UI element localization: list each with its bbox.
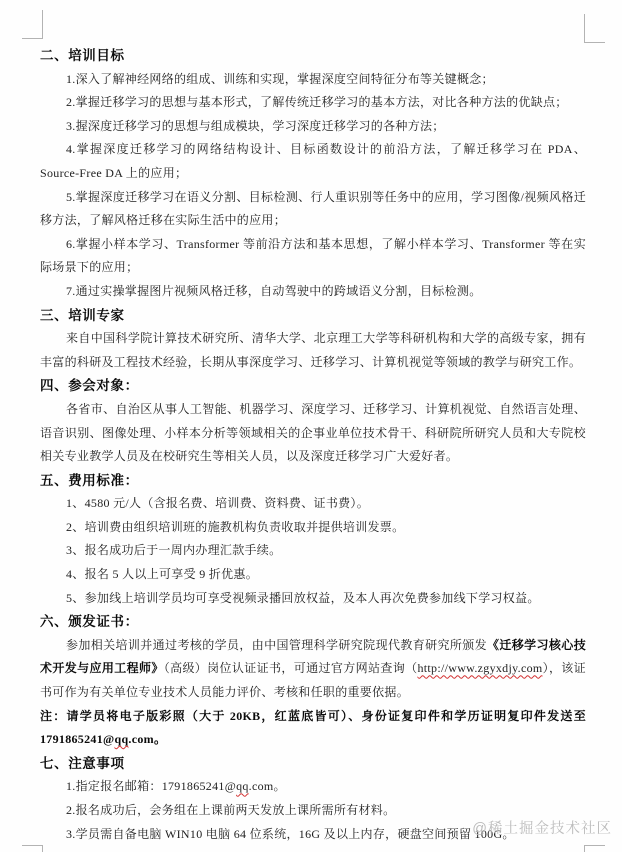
paragraph: 1.指定报名邮箱：1791865241@qq.com。 [40,775,586,799]
crop-mark-top-left [22,10,43,39]
section-attendees: 四、参会对象：各省市、自治区从事人工智能、机器学习、深度学习、迁移学习、计算机视… [40,374,586,468]
paragraph: 2、培训费由组织培训班的施教机构负责收取并提供培训发票。 [40,516,586,540]
crop-mark-bottom-right [584,845,605,852]
paragraph: 参加相关培训并通过考核的学员，由中国管理科学研究院现代教育研究所颁发《迁移学习核… [40,634,586,705]
paragraph: 1.深入了解神经网络的组成、训练和实现，掌握深度空间特征分布等关键概念； [40,68,586,92]
crop-mark-top-right [584,14,605,43]
section-training-experts: 三、培训专家来自中国科学院计算技术研究所、清华大学、北京理工大学等科研机构和大学… [40,304,586,375]
paragraph: 2.掌握迁移学习的思想与基本形式，了解传统迁移学习的基本方法，对比各种方法的优缺… [40,91,586,115]
text-segment: （高级）岗位认证证书，可通过官方网站查询（ [164,661,418,675]
section-fees: 五、费用标准：1、4580 元/人（含报名费、培训费、资料费、证书费）。2、培训… [40,469,586,611]
text-segment: 各省市、自治区从事人工智能、机器学习、深度学习、迁移学习、计算机视觉、自然语言处… [40,402,586,463]
heading-fees: 五、费用标准： [40,469,586,493]
text-segment: 参加相关培训并通过考核的学员，由中国管理科学研究院现代教育研究所颁发 [66,638,487,652]
heading-attendees: 四、参会对象： [40,374,586,398]
paragraph: 3、报名成功后于一周内办理汇款手续。 [40,539,586,563]
paragraph: 1、4580 元/人（含报名费、培训费、资料费、证书费）。 [40,492,586,516]
heading-training-experts: 三、培训专家 [40,304,586,328]
text-segment: 4.掌握深度迁移学习的网络结构设计、目标函数设计的前沿方法，了解迁移学习在 PD… [40,142,586,180]
text-segment: 来自中国科学院计算技术研究所、清华大学、北京理工大学等科研机构和大学的高级专家，… [40,331,586,369]
text-segment: 6.掌握小样本学习、Transformer 等前沿方法和基本思想，了解小样本学习… [40,237,586,275]
paragraph: 7.通过实操掌握图片视频风格迁移，自动驾驶中的跨域语义分割，目标检测。 [40,280,586,304]
text-segment: 3.学员需自备电脑 WIN10 电脑 64 位系统，16G 及以上内存，硬盘空间… [66,827,515,841]
paragraph: 5、参加线上培训学员均可享受视频录播回放权益，及本人再次免费参加线下学习权益。 [40,587,586,611]
paragraph: 4、报名 5 人以上可享受 9 折优惠。 [40,563,586,587]
page: 二、培训目标1.深入了解神经网络的组成、训练和实现，掌握深度空间特征分布等关键概… [0,0,622,852]
section-training-objectives: 二、培训目标1.深入了解神经网络的组成、训练和实现，掌握深度空间特征分布等关键概… [40,44,586,304]
paragraph: 来自中国科学院计算技术研究所、清华大学、北京理工大学等科研机构和大学的高级专家，… [40,327,586,374]
text-segment: 2.报名成功后，会务组在上课前两天发放上课所需所有材料。 [66,803,395,817]
text-segment: 4、报名 5 人以上可享受 9 折优惠。 [66,567,258,581]
text-segment: 2.掌握迁移学习的思想与基本形式，了解传统迁移学习的基本方法，对比各种方法的优缺… [66,95,568,109]
text-segment: 2、培训费由组织培训班的施教机构负责收取并提供培训发票。 [66,520,404,534]
heading-notes: 七、注意事项 [40,752,586,776]
text-segment: 3、报名成功后于一周内办理汇款手续。 [66,543,281,557]
text-segment: 1、4580 元/人（含报名费、培训费、资料费、证书费）。 [66,496,369,510]
paragraph: 5.掌握深度迁移学习在语义分割、目标检测、行人重识别等任务中的应用，学习图像/视… [40,186,586,233]
text-segment: 5、参加线上培训学员均可享受视频录播回放权益，及本人再次免费参加线下学习权益。 [66,591,540,605]
spellcheck-text-segment: qq [236,779,249,793]
paragraph: 4.掌握深度迁移学习的网络结构设计、目标函数设计的前沿方法，了解迁移学习在 PD… [40,138,586,185]
text-segment: 1.深入了解神经网络的组成、训练和实现，掌握深度空间特征分布等关键概念； [66,72,494,86]
paragraph: 3.握深度迁移学习的思想与组成模块，学习深度迁移学习的各种方法； [40,115,586,139]
section-certificate: 六、颁发证书：参加相关培训并通过考核的学员，由中国管理科学研究院现代教育研究所颁… [40,610,586,752]
watermark: @稀土掘金技术社区 [472,817,612,838]
paragraph: 6.掌握小样本学习、Transformer 等前沿方法和基本思想，了解小样本学习… [40,233,586,280]
heading-certificate: 六、颁发证书： [40,610,586,634]
spellcheck-text-segment: http://www.zgyxdjy.com [417,661,542,675]
text-segment: 7.通过实操掌握图片视频风格迁移，自动驾驶中的跨域语义分割，目标检测。 [66,284,482,298]
text-segment: 1.指定报名邮箱：1791865241@ [66,779,236,793]
document-body: 二、培训目标1.深入了解神经网络的组成、训练和实现，掌握深度空间特征分布等关键概… [40,44,586,846]
text-segment: 5.掌握深度迁移学习在语义分割、目标检测、行人重识别等任务中的应用，学习图像/视… [40,190,586,228]
note-line: 注：请学员将电子版彩照（大于 20KB，红蓝底皆可）、身份证复印件和学历证明复印… [40,705,586,752]
text-segment: .com。 [249,779,286,793]
text-segment: 3.握深度迁移学习的思想与组成模块，学习深度迁移学习的各种方法； [66,119,445,133]
heading-training-objectives: 二、培训目标 [40,44,586,68]
text-segment: .com。 [128,732,166,746]
spellcheck-text-segment: qq [114,732,128,746]
paragraph: 各省市、自治区从事人工智能、机器学习、深度学习、迁移学习、计算机视觉、自然语言处… [40,398,586,469]
